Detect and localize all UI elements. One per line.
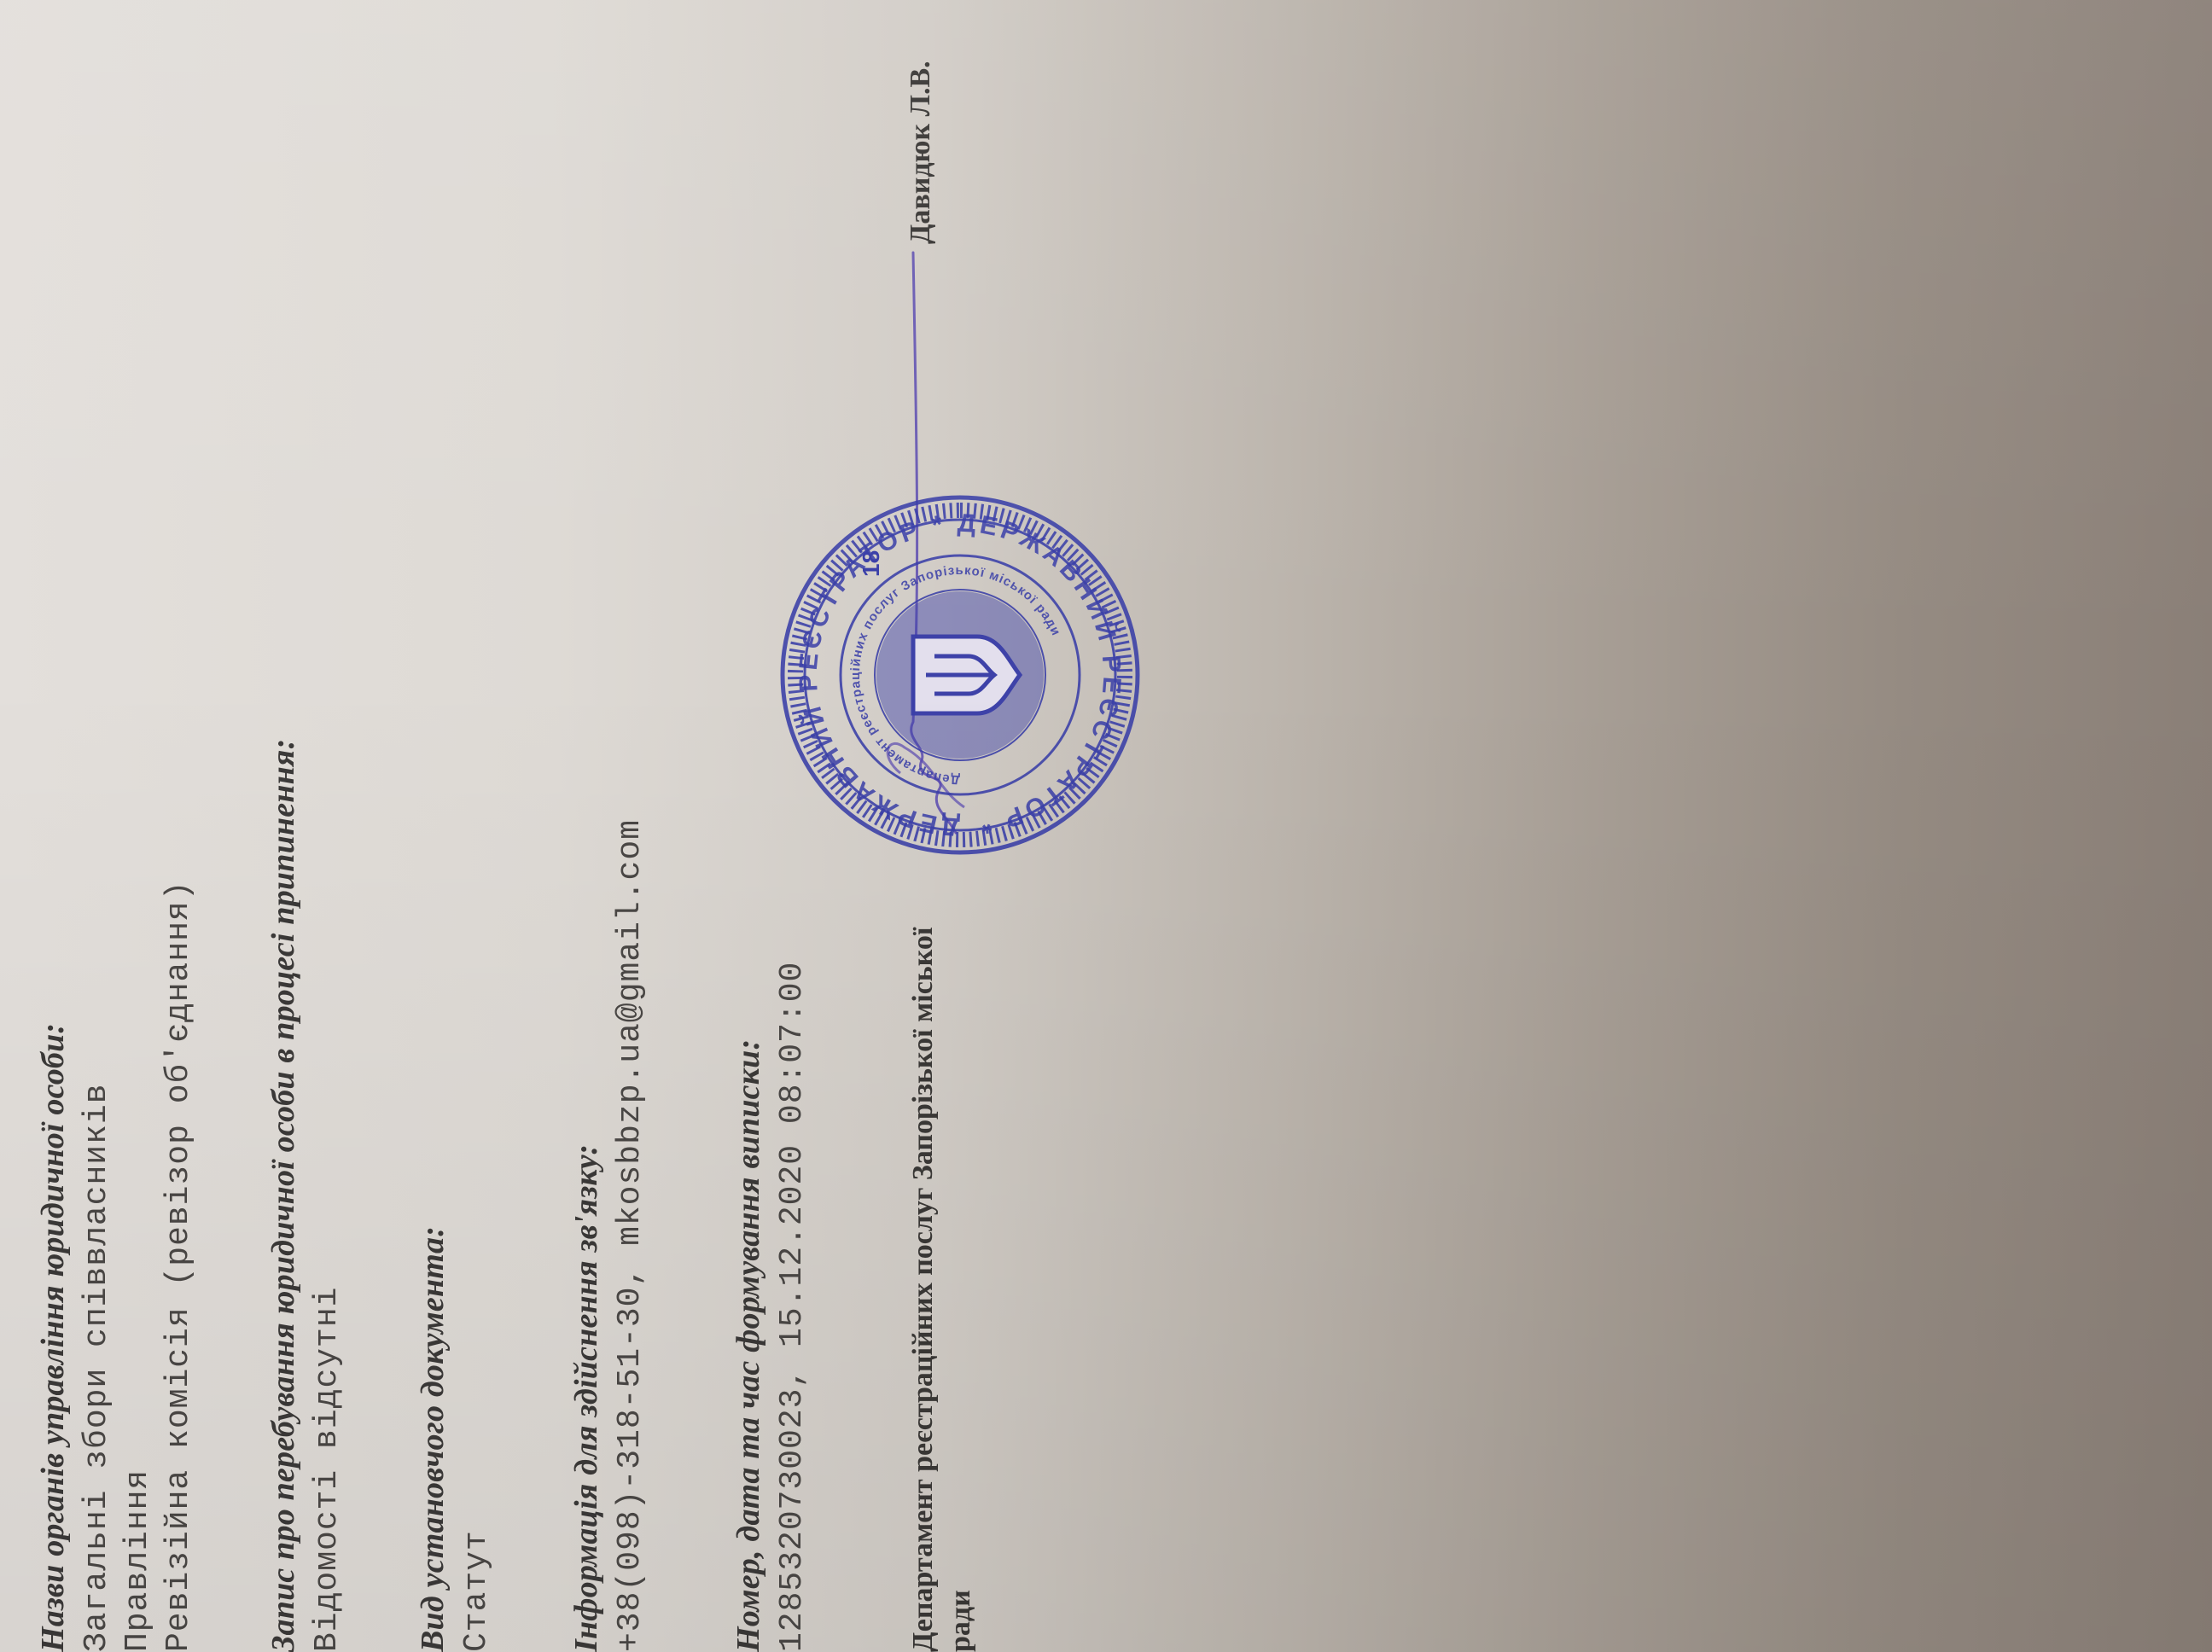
document-page: Назви органів управління юридичної особи… <box>0 0 1109 1652</box>
organization-line: Департамент реєстраційних послуг Запоріз… <box>905 928 942 1652</box>
section-founding-document: Вид установчого документа: Статут <box>414 1226 498 1652</box>
section-label: Вид установчого документа: <box>414 1226 451 1652</box>
section-value: Відомості відсутні <box>307 738 348 1652</box>
section-contact-info: Інформація для здійснення зв'язку: +38(0… <box>568 819 651 1652</box>
section-value: 1285320730023, 15.12.2020 08:07:00 <box>772 962 813 1652</box>
section-label: Назви органів управління юридичної особи… <box>34 880 72 1652</box>
section-value: Загальні збори співвласників <box>77 880 118 1652</box>
organization-line: ради <box>942 928 980 1652</box>
section-value: Ревізійна комісія (ревізор об'єднання) <box>159 880 200 1652</box>
section-label: Номер, дата та час формування виписки: <box>730 962 767 1652</box>
section-extract-number: Номер, дата та час формування виписки: 1… <box>730 962 813 1652</box>
issuing-organization: Департамент реєстраційних послуг Запоріз… <box>905 928 980 1652</box>
official-stamp-icon: ДЕРЖАВНИЙ РЕЄСТРАТОР * ДЕРЖАВНИЙ РЕЄСТРА… <box>777 492 1144 858</box>
section-termination-record: Запис про перебування юридичної особи в … <box>265 738 348 1652</box>
section-value: Правління <box>118 880 159 1652</box>
section-value: +38(098)-318-51-30, mkosbbzp.ua@gmail.co… <box>610 819 651 1652</box>
signer-name: Давидюк Л.В. <box>905 61 937 244</box>
section-governing-bodies: Назви органів управління юридичної особи… <box>34 880 200 1652</box>
stamp-number: 18 <box>858 550 884 577</box>
section-value: Статут <box>457 1226 498 1652</box>
section-label: Інформація для здійснення зв'язку: <box>568 819 605 1652</box>
section-label: Запис про перебування юридичної особи в … <box>265 738 302 1652</box>
